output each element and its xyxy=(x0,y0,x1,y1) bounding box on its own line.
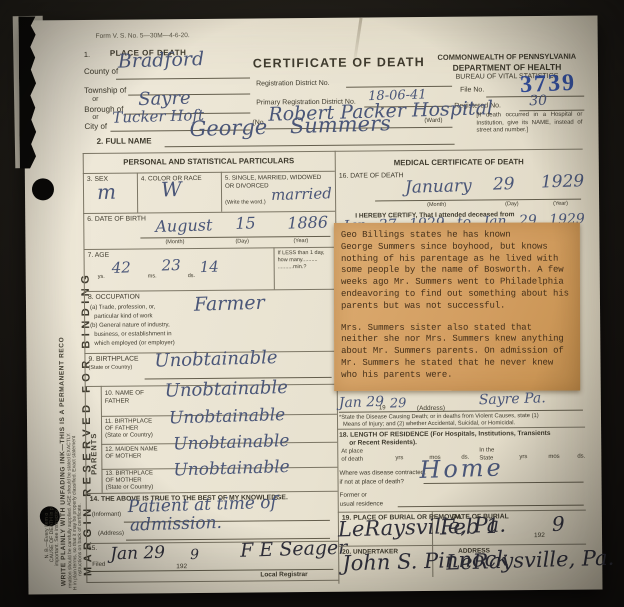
yrs-label-1: yrs xyxy=(395,455,403,461)
note-paragraph-1: Geo Billings states he has known George … xyxy=(341,230,576,313)
dod-day-label: (Day) xyxy=(505,201,519,207)
age-label: 7. AGE xyxy=(88,252,110,259)
occupation-value: Farmer xyxy=(194,292,265,316)
dod-year-label: (Year) xyxy=(553,201,568,207)
form-number: Form V. S. No. 5—30M—4-6-20. xyxy=(96,32,190,40)
burial-date-value: Feb 1 xyxy=(440,514,500,540)
mother-birthplace-label: 13. BIRTHPLACE OF MOTHER (State or Count… xyxy=(105,470,153,491)
occupation-a1: (a) Trade, profession, or, xyxy=(90,304,155,311)
full-name-value: George Summers xyxy=(189,111,391,141)
or-label-1: or xyxy=(92,96,98,103)
commonwealth-line: COMMONWEALTH OF PENNSYLVANIA xyxy=(426,52,588,62)
birthplace-hint: (State or Country) xyxy=(89,365,133,371)
city-label: City of xyxy=(84,122,107,131)
dob-label: 6. DATE OF BIRTH xyxy=(87,215,146,223)
hospital-bracket-note: [If death occurred in a Hospital or Inst… xyxy=(476,112,582,135)
filed-date-value: Jan 29 xyxy=(110,543,166,565)
registered-no-value: 30 xyxy=(529,93,547,110)
age-mos-value: 23 xyxy=(161,256,181,275)
date-of-death-year: 1929 xyxy=(541,171,585,192)
mother-name-value: Unobtainable xyxy=(173,431,290,454)
age-less-label: If LESS than 1 day, how many.......... .… xyxy=(278,250,325,271)
registrar-signature: F E Seager xyxy=(240,537,348,562)
burial-year-printed: 192 xyxy=(534,532,545,539)
former-label-1: Former or xyxy=(340,492,367,499)
contracted-value: Home xyxy=(419,453,504,483)
full-name-label: 2. FULL NAME xyxy=(97,136,152,145)
local-registrar-label: Local Registrar xyxy=(260,571,307,578)
marital-hint: (Write the word.) xyxy=(225,199,266,205)
certificate-title: CERTIFICATE OF DEATH xyxy=(224,55,454,71)
rule xyxy=(375,199,581,202)
dod-month-label: (Month) xyxy=(427,202,446,208)
note-paragraph-2: Mrs. Summers sister also stated that nei… xyxy=(341,322,576,381)
occupation-b3: which employed (or employer) xyxy=(94,340,174,347)
parents-label: PARENTS xyxy=(89,433,98,475)
rule xyxy=(273,247,274,289)
registration-district-label: Registration District No. xyxy=(256,80,330,88)
mother-birthplace-value: Unobtainable xyxy=(173,457,290,480)
father-birthplace-label: 11. BIRTHPLACE OF FATHER (State or Count… xyxy=(105,418,153,439)
dob-day: 15 xyxy=(235,213,256,233)
contracted-label-1: Where was disease contracted, xyxy=(339,469,425,477)
residence-label-2: or Recent Residents). xyxy=(349,439,417,447)
date-of-death-day: 29 xyxy=(493,174,515,195)
father-birthplace-value: Unobtainable xyxy=(169,405,286,428)
rule xyxy=(338,544,586,547)
birthplace-value: Unobtainable xyxy=(154,347,278,372)
sex-value: m xyxy=(97,180,117,205)
file-no-label: File No. xyxy=(460,86,484,93)
father-name-label: 10. NAME OF FATHER xyxy=(105,389,144,404)
item1-number: 1. xyxy=(84,50,90,59)
marital-value: married xyxy=(271,184,332,204)
occupation-b1: (b) General nature of industry, xyxy=(90,322,170,329)
dob-year-label: (Year) xyxy=(293,238,308,244)
age-yrs-value: 42 xyxy=(111,258,131,277)
photo-background: SICIANS should state nt of OCCUPATION is… xyxy=(0,0,624,607)
dob-month: August xyxy=(155,215,213,236)
at-place-label: At place of death xyxy=(341,449,363,464)
torn-edge xyxy=(18,16,36,168)
age-ds-value: 14 xyxy=(199,258,219,277)
margin-text-binding: MARGIN RESERVED FOR BINDING xyxy=(80,271,95,576)
mother-name-label: 12. MAIDEN NAME OF MOTHER xyxy=(105,446,157,460)
ds-label-2: ds. xyxy=(577,454,585,460)
rule xyxy=(101,386,103,493)
punch-hole-top xyxy=(32,178,54,200)
rule xyxy=(84,289,336,292)
county-label: County of xyxy=(84,67,118,76)
or-label-2: or xyxy=(92,114,98,121)
sign-year-value: 29 xyxy=(390,396,407,411)
dob-year: 1886 xyxy=(287,212,328,232)
informant-address-label: (Address) xyxy=(98,531,124,537)
rule xyxy=(137,173,138,213)
informant-address-value: admission. xyxy=(130,513,223,536)
burial-year-value: 9 xyxy=(552,512,565,536)
filed-year-value: 9 xyxy=(190,547,199,563)
contracted-label-2: if not at place of death? xyxy=(340,478,404,486)
pasted-typed-note: Geo Billings states he has known George … xyxy=(334,223,580,391)
informant-label: (Informant) xyxy=(92,512,121,518)
ward-paren-label: (Ward) xyxy=(424,118,442,124)
age-ds-label: ds. xyxy=(188,273,195,279)
rule xyxy=(83,149,583,155)
occupation-a2: particular kind of work xyxy=(94,313,152,320)
certificate-paper: N. B.—Every item o CAUSE OF DEATH in pl … xyxy=(24,16,603,595)
filed-label: Filed xyxy=(92,562,105,568)
item15-number: 15. xyxy=(88,545,97,552)
occupation-label: 8. OCCUPATION xyxy=(88,294,140,301)
yrs-label-2: yrs xyxy=(519,454,527,460)
mos-label-2: mos xyxy=(548,454,559,460)
township-label: Township of xyxy=(84,86,126,95)
personal-section-title: PERSONAL AND STATISTICAL PARTICULARS xyxy=(83,156,335,167)
birthplace-label: 9. BIRTHPLACE xyxy=(88,356,138,363)
former-label-2: usual residence xyxy=(340,500,383,507)
date-of-death-month: January xyxy=(405,176,472,198)
date-of-death-label: 16. DATE OF DEATH xyxy=(339,172,404,180)
rule xyxy=(221,172,222,212)
undertaker-address-value: LeRaysville, Pa. xyxy=(446,546,615,575)
medical-section-title: MEDICAL CERTIFICATE OF DEATH xyxy=(335,157,583,168)
father-name-value: Unobtainable xyxy=(164,377,288,402)
race-value: W xyxy=(161,177,182,202)
physician-sign-date: Jan 29 xyxy=(339,394,385,411)
rule xyxy=(86,580,338,583)
dob-day-label: (Day) xyxy=(235,239,249,245)
age-mos-label: ms. xyxy=(148,273,157,279)
residence-label: 18. LENGTH OF RESIDENCE (For Hospitals, … xyxy=(339,430,550,439)
rule xyxy=(398,505,584,508)
dob-month-label: (Month) xyxy=(165,239,184,245)
age-yrs-label: ys. xyxy=(98,274,105,280)
rule xyxy=(165,144,455,148)
sign-address-value: Sayre Pa. xyxy=(479,390,546,408)
county-value: Bradford xyxy=(118,48,205,73)
rule xyxy=(338,510,586,513)
rule xyxy=(424,482,584,484)
occupation-b2: business, or establishment in xyxy=(94,331,171,338)
rule xyxy=(116,78,250,80)
